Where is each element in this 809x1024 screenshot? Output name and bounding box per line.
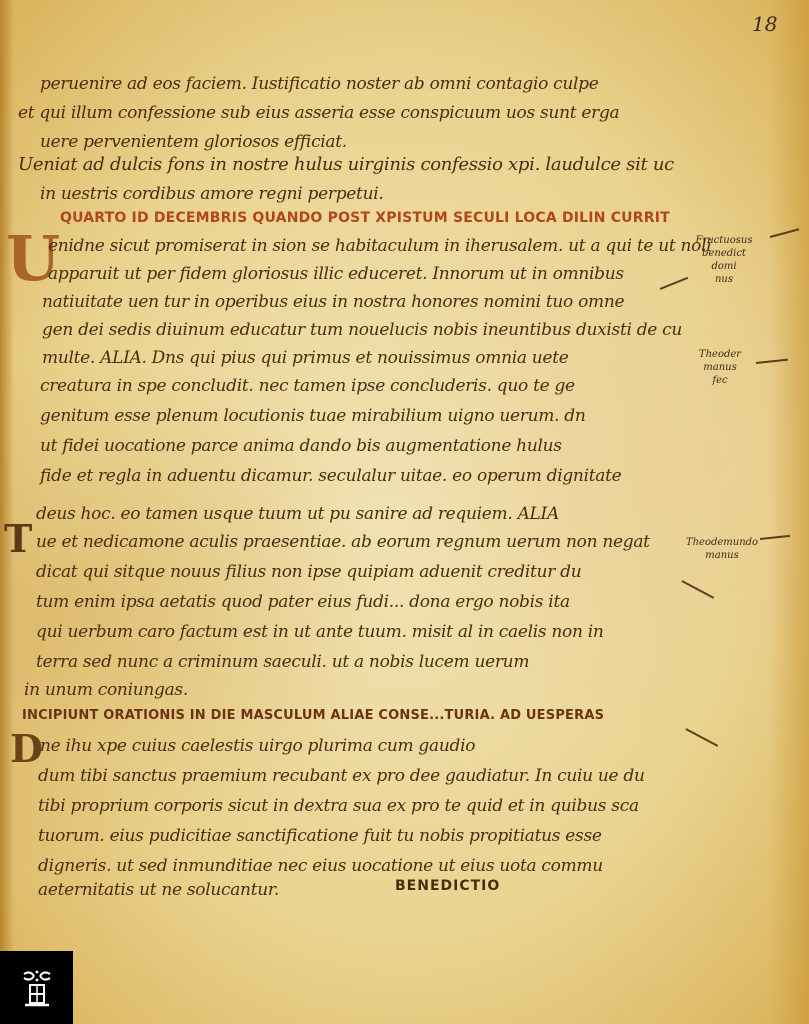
- parchment-edge-right: [769, 0, 809, 1024]
- text-line: qui uerbum caro factum est in ut ante tu…: [36, 622, 604, 642]
- text-line: in unum coniungas.: [24, 680, 188, 700]
- text-line: dicat qui sitque nouus filius non ipse q…: [36, 562, 581, 582]
- text-line: gen dei sedis diuinum educatur tum nouel…: [42, 320, 682, 340]
- marginal-note: Theodemundo manus: [682, 536, 762, 562]
- text-line: fide et regla in aduentu dicamur. secula…: [40, 466, 621, 486]
- text-line: peruenire ad eos faciem. Iustificatio no…: [40, 74, 599, 94]
- text-line: terra sed nunc a criminum saeculi. ut a …: [36, 652, 529, 672]
- text-line: et qui illum confessione sub eius asseri…: [18, 103, 619, 123]
- text-line: tibi proprium corporis sicut in dextra s…: [38, 796, 639, 816]
- text-line: in uestris cordibus amore regni perpetui…: [40, 184, 383, 204]
- decorated-initial: U: [6, 222, 60, 295]
- folio-number: 18: [752, 12, 777, 36]
- text-line: apparuit ut per fidem gloriosus illic ed…: [48, 264, 624, 284]
- text-line: ue et nedicamone aculis praesentiae. ab …: [36, 532, 650, 552]
- marginal-stroke: [682, 580, 714, 598]
- text-line: ne ihu xpe cuius caelestis uirgo plurima…: [40, 736, 475, 756]
- rubric-heading: QUARTO ID DECEMBRIS QUANDO POST XPISTUM …: [60, 210, 670, 226]
- rubric-heading: INCIPIUNT ORATIONIS IN DIE MASCULUM ALIA…: [22, 708, 604, 723]
- decorated-initial: D: [10, 726, 43, 771]
- text-line: dum tibi sanctus praemium recubant ex pr…: [38, 766, 645, 786]
- text-line: multe. ALIA. Dns qui pius qui primus et …: [42, 348, 569, 368]
- parchment-edge-left: [0, 0, 14, 1024]
- text-line: ut fidei uocatione parce anima dando bis…: [40, 436, 562, 456]
- text-line: tum enim ipsa aetatis quod pater eius fu…: [36, 592, 570, 612]
- closing-rubric: BENEDICTIO: [395, 878, 500, 894]
- library-logo: [0, 951, 73, 1024]
- text-line: tuorum. eius pudicitiae sanctificatione …: [38, 826, 602, 846]
- decorated-initial: T: [4, 516, 32, 561]
- text-line: natiuitate uen tur in operibus eius in n…: [42, 292, 624, 312]
- text-line: creatura in spe concludit. nec tamen ips…: [40, 376, 575, 396]
- text-line: genitum esse plenum locutionis tuae mira…: [40, 406, 586, 426]
- text-line: digneris. ut sed inmunditiae nec eius uo…: [38, 856, 603, 876]
- text-line: uere pervenientem gloriosos efficiat.: [40, 132, 347, 152]
- marginal-note: Theoder manus fec: [690, 348, 750, 387]
- text-line: deus hoc. eo tamen usque tuum ut pu sani…: [36, 504, 559, 524]
- text-line: Ueniat ad dulcis fons in nostre hulus ui…: [18, 154, 674, 175]
- marginal-stroke: [686, 728, 718, 746]
- marginal-note: Fructuosus benedict domi nus: [688, 234, 760, 286]
- library-emblem-icon: [20, 968, 54, 1008]
- text-line: enidne sicut promiserat in sion se habit…: [48, 236, 711, 256]
- text-line: aeternitatis ut ne solucantur.: [38, 880, 279, 900]
- marginal-stroke: [660, 277, 688, 290]
